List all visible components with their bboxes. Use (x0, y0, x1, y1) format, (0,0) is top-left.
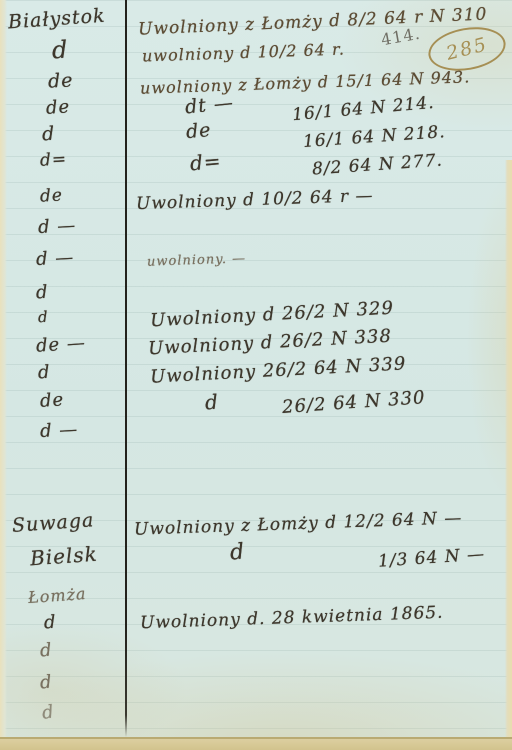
place-cell: Bielsk (29, 542, 98, 571)
entry-number-cell: 1/3 64 N — (377, 544, 485, 571)
entry-cell: Uwolniony d 26/2 N 329 (150, 298, 395, 332)
entry-cell: d (204, 390, 219, 415)
place-cell: de (39, 389, 65, 412)
place-cell: d (43, 612, 57, 634)
place-cell: d (38, 308, 50, 327)
entry-cell: Uwolniony z Łomży d 8/2 64 r N 310 (138, 4, 488, 39)
place-cell: d (39, 671, 53, 693)
place-cell: de — (35, 332, 86, 356)
entry-cell: Uwolniony d 10/2 64 r — (136, 186, 374, 214)
entry-cell: Uwolniony 26/2 64 N 339 (150, 353, 407, 387)
entry-cell: Uwolniony d 26/2 N 338 (148, 326, 393, 360)
place-cell: d= (39, 149, 67, 170)
place-cell: Suwaga (11, 509, 95, 537)
column-divider (125, 0, 127, 737)
entry-cell: uwolniony. — (147, 251, 247, 269)
entry-number-cell: 16/1 64 N 218. (302, 122, 446, 152)
ledger-page: 414. 285 Białystok Uwolniony z Łomży d 8… (0, 0, 512, 750)
entry-number-cell: 26/2 64 N 330 (281, 387, 426, 418)
place-cell: d (37, 362, 51, 384)
place-cell: d (39, 639, 53, 661)
place-cell: Białystok (7, 5, 106, 34)
place-cell: d (51, 36, 69, 65)
place-cell: d (41, 123, 55, 146)
paper-edge-right (505, 160, 512, 750)
place-cell: d — (35, 247, 74, 270)
place-cell: de (39, 185, 63, 206)
entry-cell: Uwolniony d. 28 kwietnia 1865. (140, 603, 444, 634)
stamp-number: 285 (444, 33, 490, 65)
entry-cell: d= (189, 149, 223, 176)
place-cell: d (41, 701, 56, 724)
paper-edge-bottom (0, 737, 512, 750)
entry-cell: d (229, 539, 246, 565)
place-cell: Łomża (27, 584, 87, 607)
entry-number-cell: 16/1 64 N 214. (291, 93, 435, 125)
entry-cell: de (185, 119, 212, 143)
place-cell: de (45, 96, 71, 119)
place-cell: d — (37, 215, 76, 238)
entry-cell: Uwolniony z Łomży d 12/2 64 N — (134, 508, 463, 539)
place-cell: de (47, 69, 74, 92)
entry-number-cell: 8/2 64 N 277. (311, 150, 443, 179)
paper-edge-left (0, 0, 7, 750)
place-cell: d (35, 282, 49, 304)
entry-cell: uwolniony d 10/2 64 r. (142, 39, 346, 65)
entry-cell: dt — (184, 92, 235, 119)
place-cell: d — (39, 419, 78, 442)
